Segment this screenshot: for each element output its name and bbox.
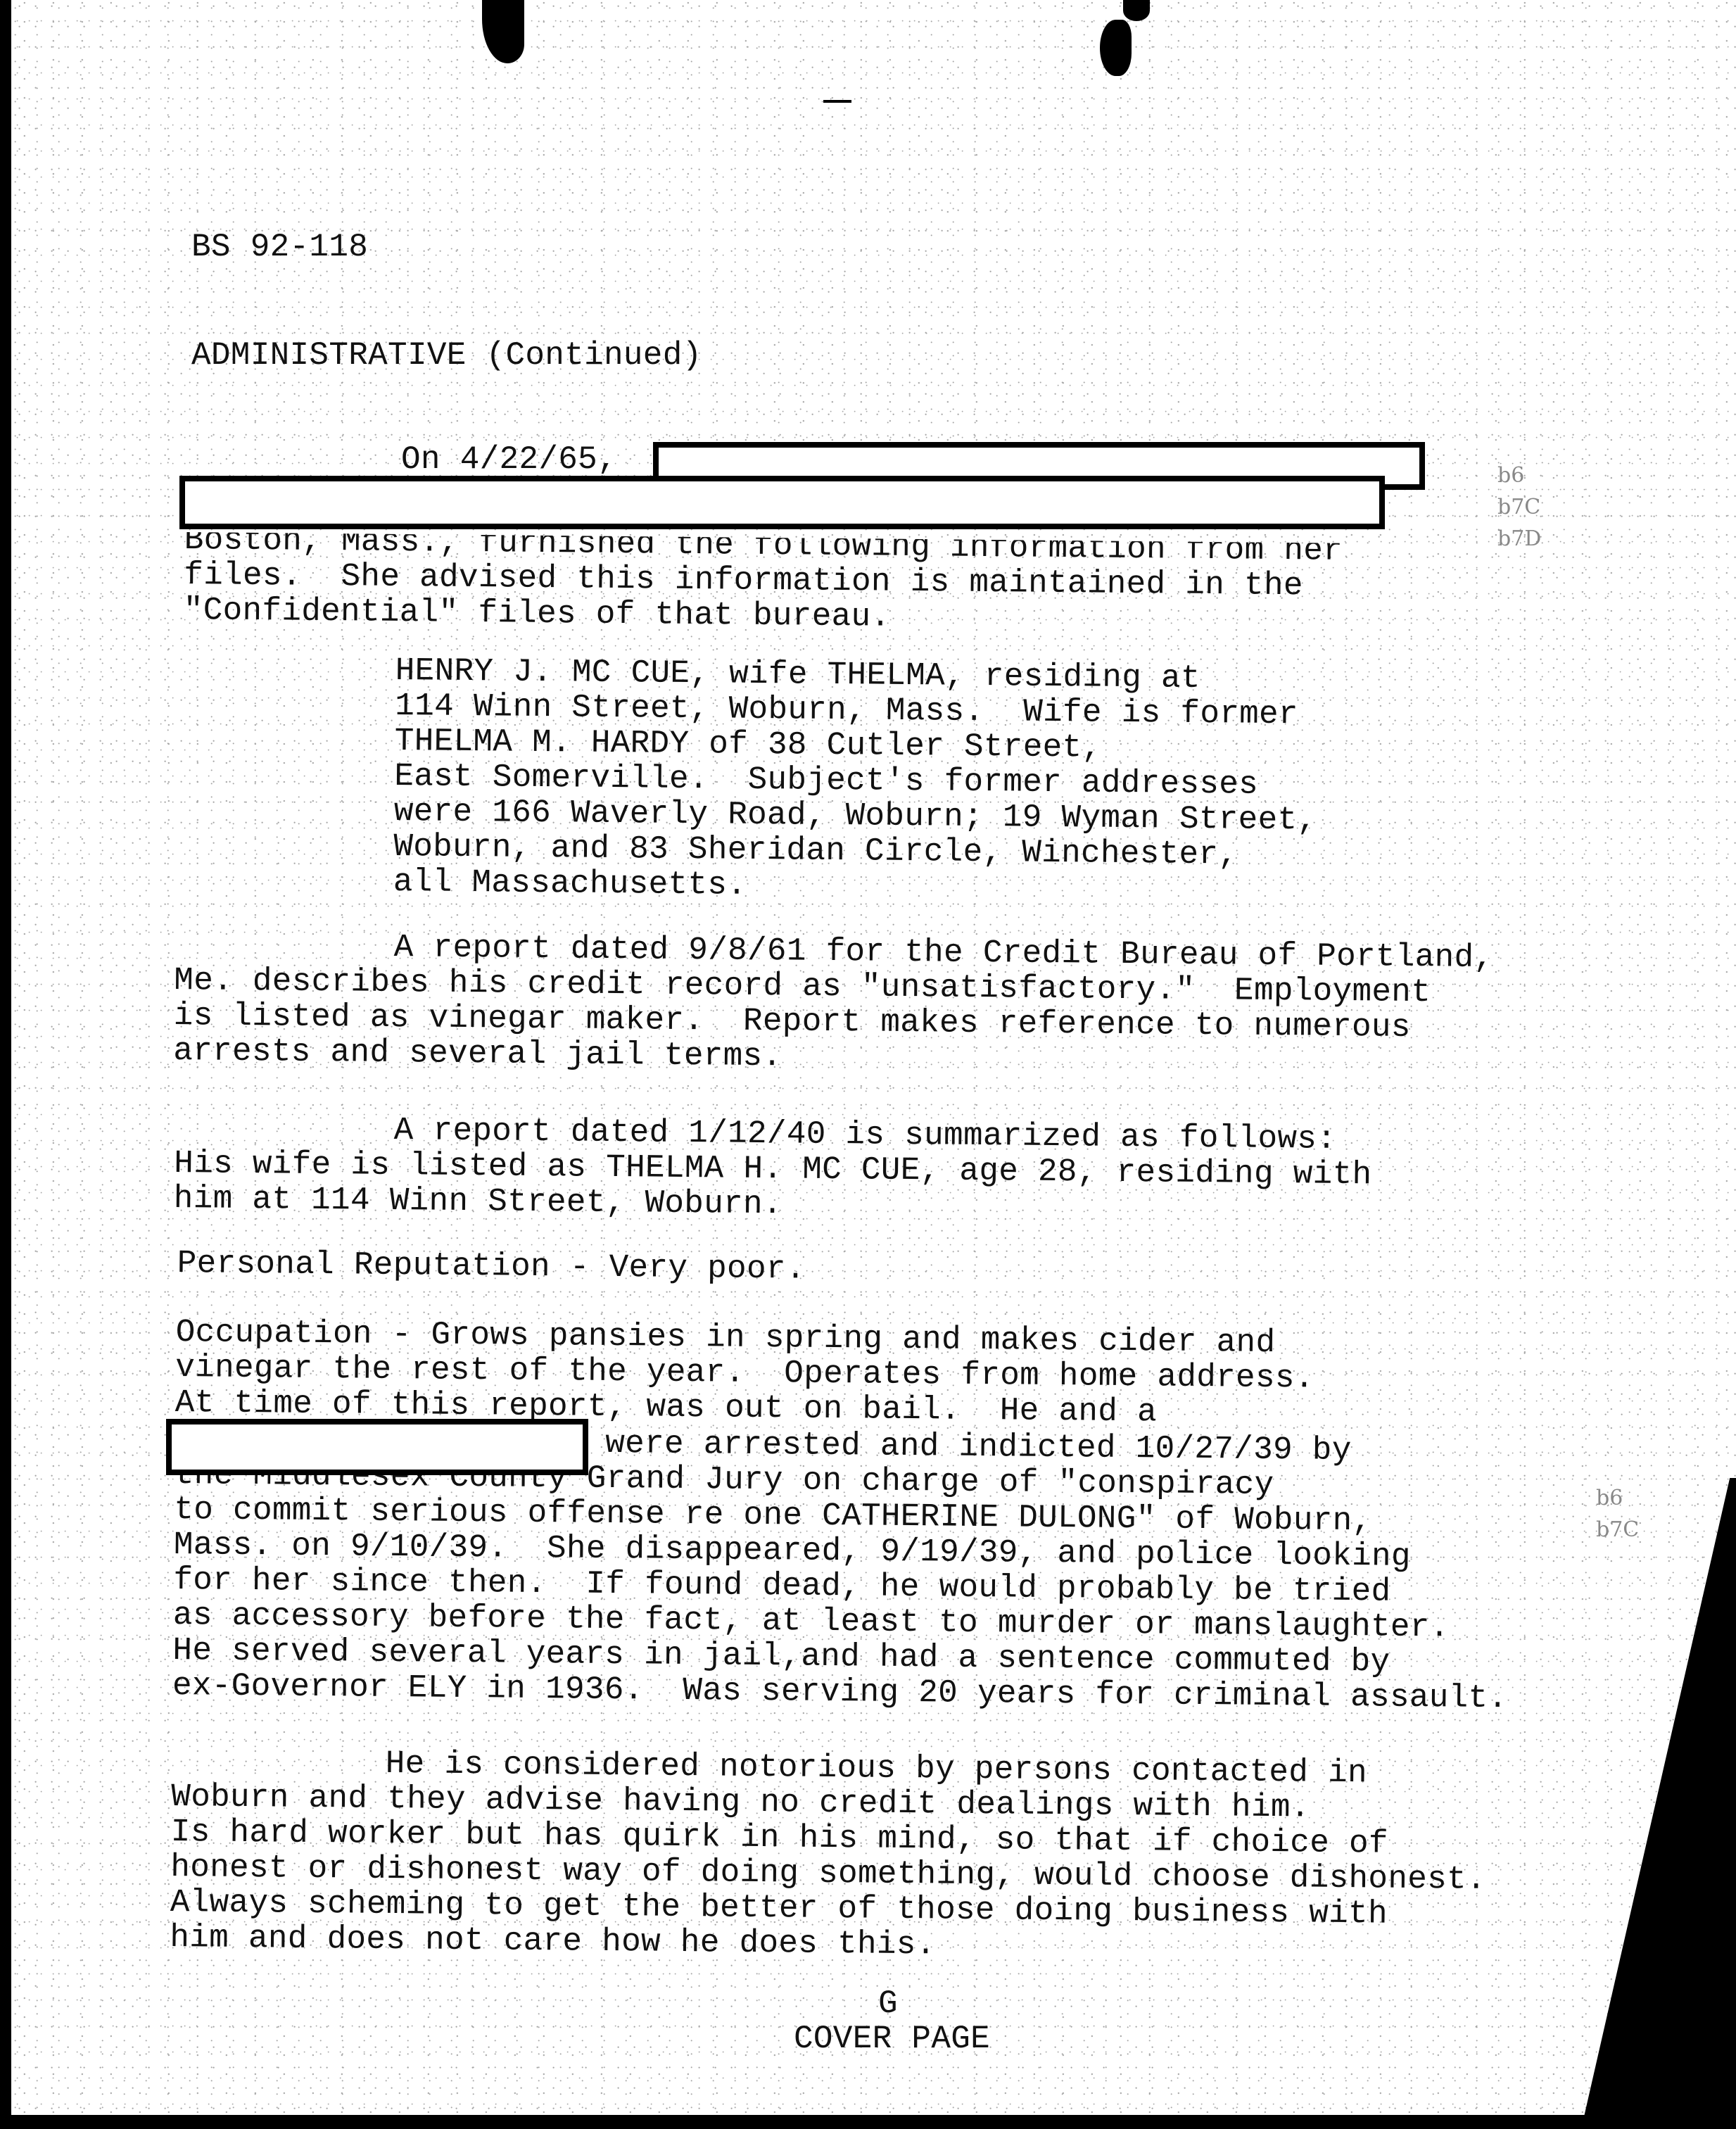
subject-line: all Massachusetts. — [393, 864, 747, 904]
exemption-code: b7D — [1497, 524, 1541, 554]
page-label: COVER PAGE — [794, 2021, 990, 2057]
exemption-code: b6 — [1497, 461, 1524, 491]
paragraph4-line: him and does not care how he does this. — [170, 1920, 936, 1963]
paragraph1-line: "Confidential" files of that bureau. — [184, 593, 891, 636]
personal-reputation: Personal Reputation - Very poor. — [177, 1246, 806, 1288]
scan-edge-bottom — [0, 2115, 1736, 2129]
scan-edge-right — [1581, 1478, 1736, 2129]
punch-hole-mark — [482, 0, 524, 63]
redaction-box — [179, 476, 1385, 529]
exemption-code: b6 — [1596, 1484, 1623, 1513]
exemption-code: b7C — [1497, 493, 1540, 522]
paragraph3-line: him at 114 Winn Street, Woburn. — [174, 1181, 783, 1223]
paragraph1-lead: On 4/22/65, — [401, 442, 617, 478]
paragraph2-line: arrests and several jail terms. — [173, 1033, 782, 1075]
section-heading: ADMINISTRATIVE (Continued) — [191, 338, 702, 374]
exemption-code: b7C — [1596, 1515, 1639, 1545]
scan-edge-left — [0, 0, 11, 2129]
punch-hole-mark — [1100, 20, 1132, 76]
punch-hole-mark — [1123, 0, 1150, 21]
page-letter: G — [878, 1986, 898, 2022]
scan-artifact — [823, 100, 851, 103]
file-number: BS 92-118 — [191, 229, 368, 265]
redaction-box — [166, 1419, 588, 1475]
